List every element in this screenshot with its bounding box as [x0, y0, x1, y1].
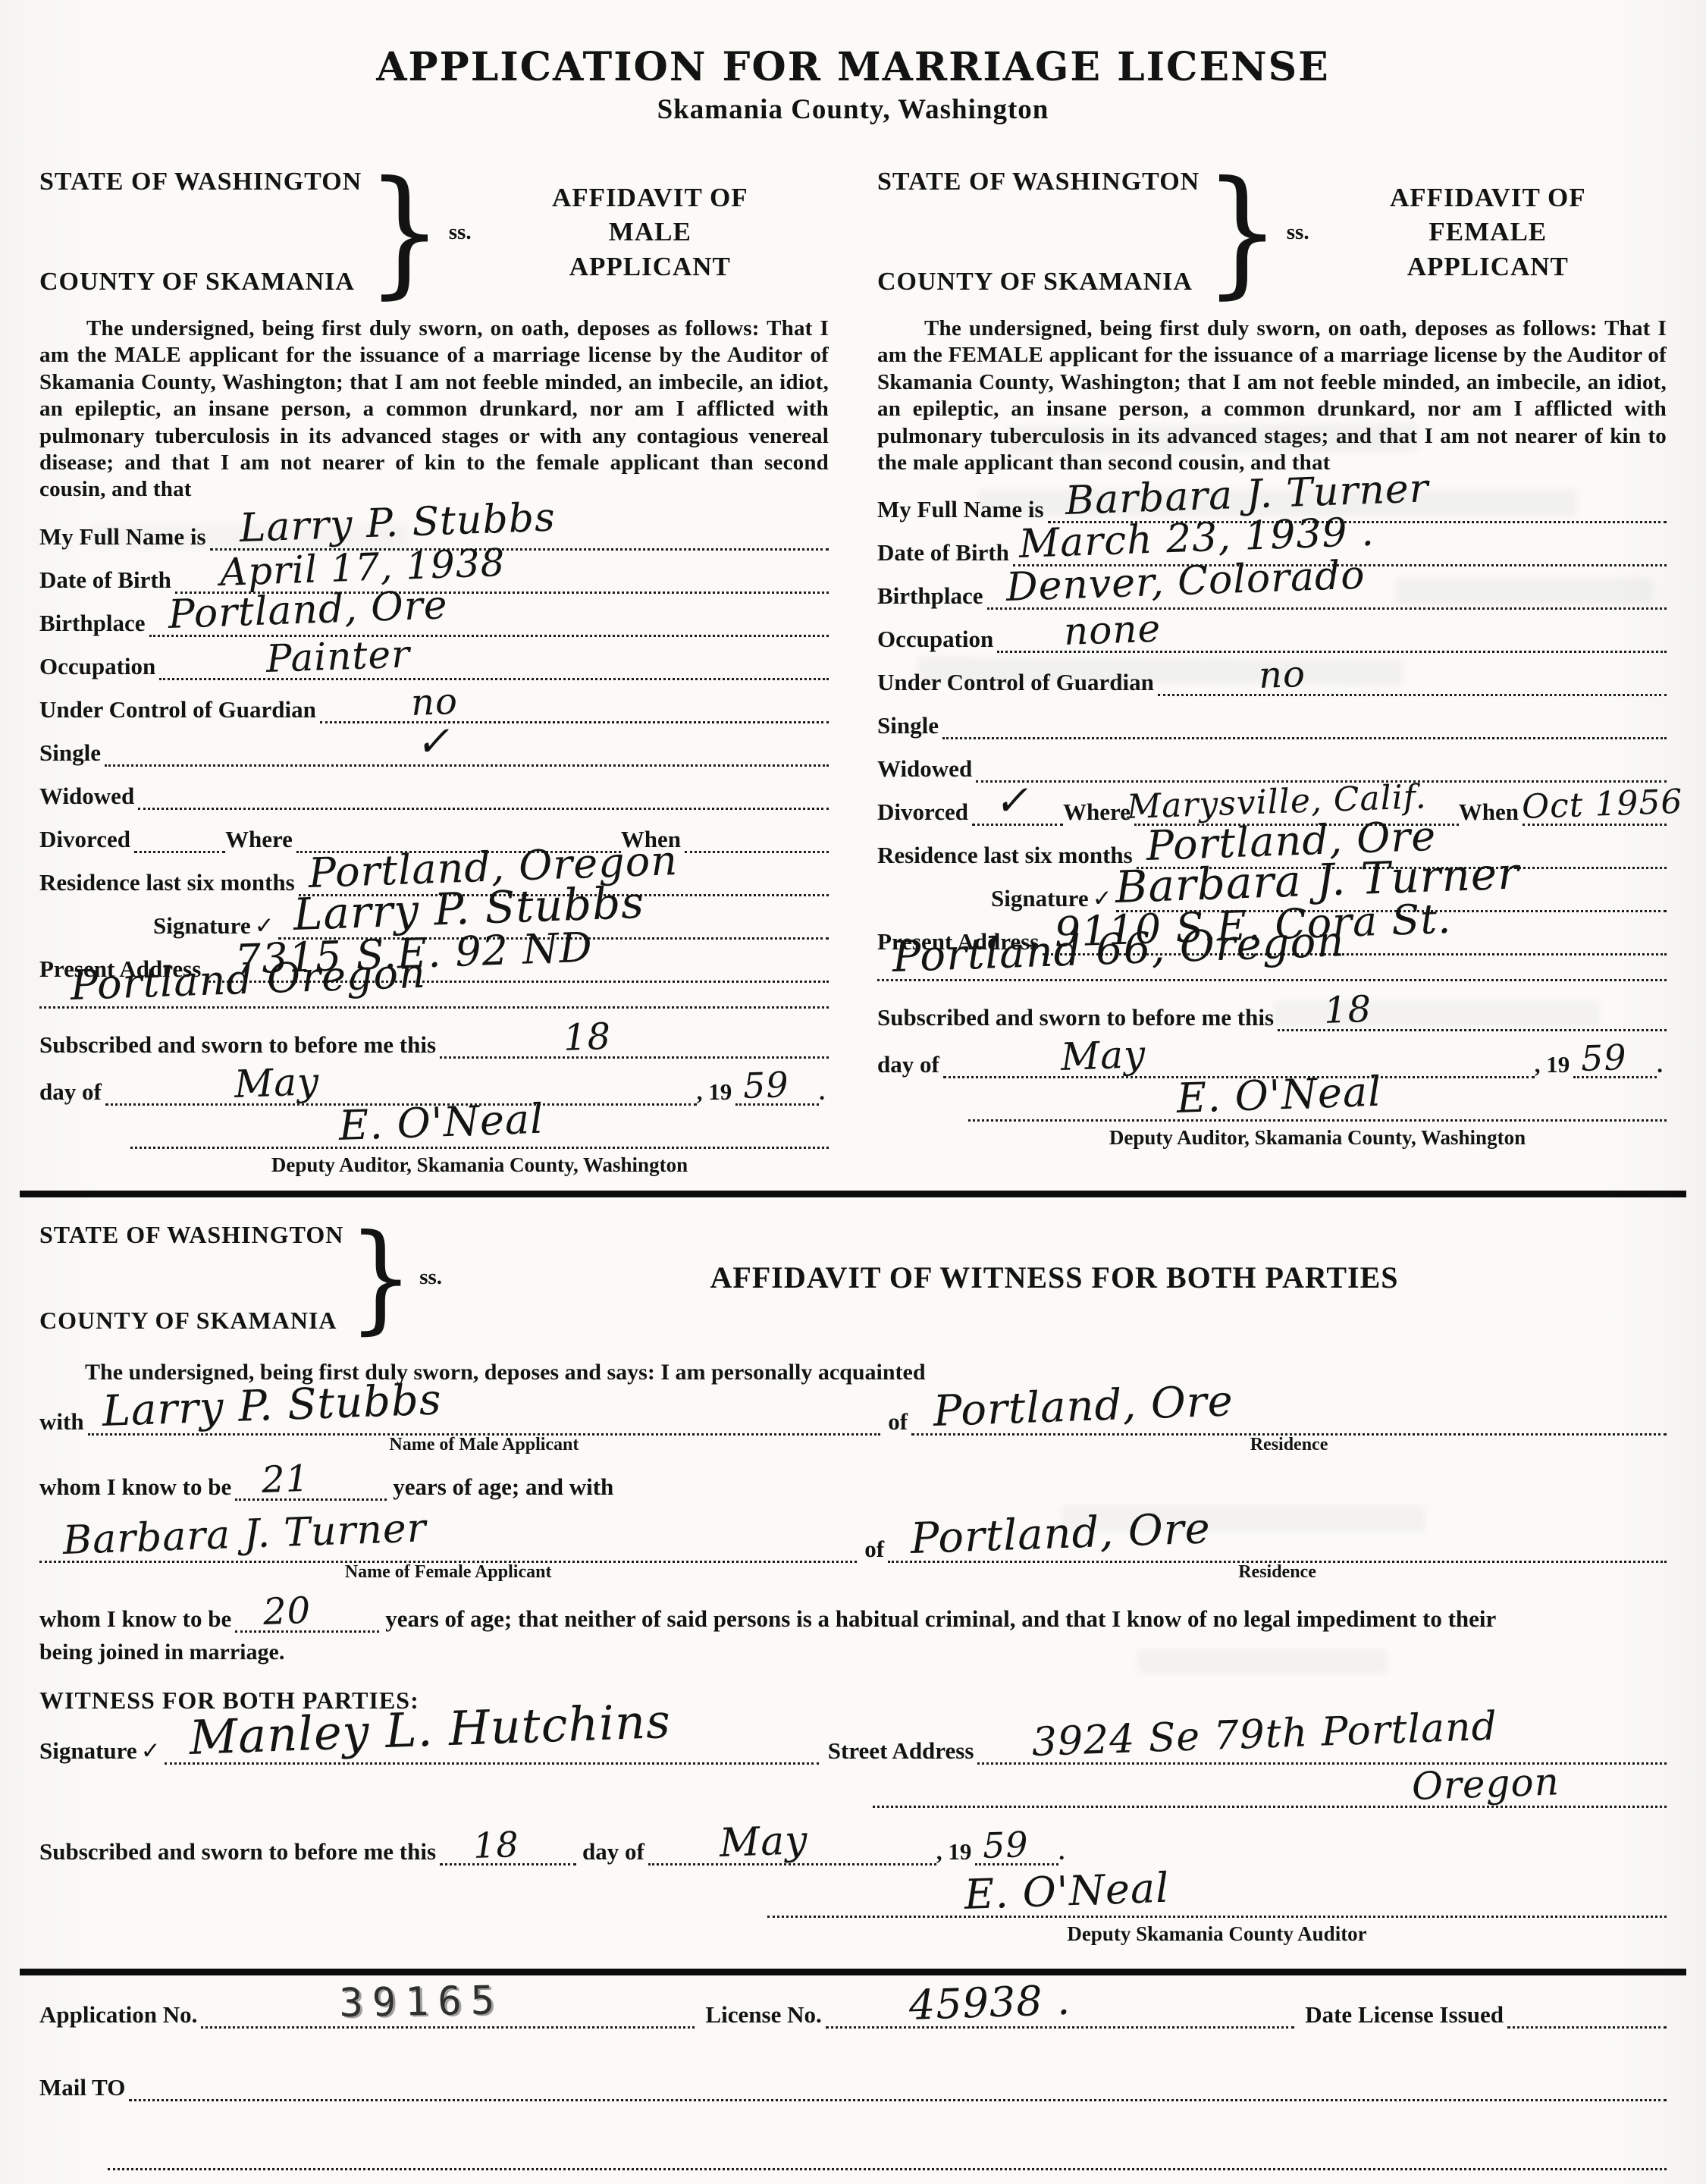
street-address-line2-value: Oregon: [1411, 1759, 1560, 1809]
birthplace-label: Birthplace: [877, 582, 987, 610]
year-prefix: , 19: [1535, 1051, 1574, 1078]
page-title: APPLICATION FOR MARRIAGE LICENSE: [0, 0, 1706, 90]
venue-ss: ss.: [449, 220, 472, 245]
auditor-signature: E. O'Neal: [964, 1863, 1171, 1918]
sworn-month-value: May: [719, 1818, 809, 1866]
witness-male-name-row: with Larry P. Stubbs Name of Male Applic…: [39, 1408, 1667, 1436]
venue-state: STATE OF WASHINGTON: [877, 168, 1200, 196]
address-line2-value: Portland 66, Oregon: [892, 917, 1346, 982]
age-prefix: whom I know to be: [39, 1605, 235, 1633]
where-label: Where: [1063, 799, 1134, 826]
application-no-label: Application No.: [39, 2001, 201, 2029]
signature-label: Signature: [39, 1737, 141, 1765]
witness-female-name: Barbara J. Turner: [62, 1505, 428, 1564]
sworn-year-value: 59: [1580, 1037, 1627, 1079]
age-suffix: years of age; and with: [387, 1473, 617, 1501]
divorced-label: Divorced: [39, 826, 134, 853]
divorced-checkmark: ✓: [993, 777, 1030, 826]
application-no-stamp: 39165: [339, 1978, 504, 2026]
male-single-row: Single ✓: [39, 739, 829, 767]
divorced-label: Divorced: [877, 799, 972, 826]
auditor-caption: Deputy Skamania County Auditor: [767, 1922, 1667, 1946]
male-oath-paragraph: The undersigned, being first duly sworn,…: [39, 315, 829, 504]
venue-ss: ss.: [419, 1265, 442, 1290]
male-birthplace-row: Birthplace Portland, Ore: [39, 610, 829, 637]
witness-address-line2-row: Oregon: [39, 1798, 1667, 1808]
venue-state: STATE OF WASHINGTON: [39, 1221, 343, 1249]
guardian-label: Under Control of Guardian: [39, 696, 320, 723]
male-affidavit-heading: AFFIDAVIT OF MALE APPLICANT: [472, 180, 829, 284]
venue-county: COUNTY OF SKAMANIA: [39, 1307, 343, 1335]
residence-caption: Residence: [888, 1562, 1667, 1583]
period: .: [1657, 1051, 1667, 1078]
occupation-value: none: [1063, 607, 1162, 654]
divorced-when-value: Oct 1956: [1521, 783, 1683, 827]
day-of-label: day of: [576, 1838, 648, 1865]
full-name-label: My Full Name is: [39, 523, 210, 551]
witness-male-residence: Portland, Ore: [933, 1376, 1234, 1436]
witness-female-age-row: whom I know to be 20 years of age; that …: [39, 1605, 1667, 1633]
guardian-label: Under Control of Guardian: [877, 669, 1158, 696]
with-label: with: [39, 1408, 88, 1436]
witness-female-name-row: Barbara J. Turner Name of Female Applica…: [39, 1536, 1667, 1563]
widowed-label: Widowed: [877, 755, 976, 783]
female-sworn-row: Subscribed and sworn to before me this 1…: [877, 1004, 1667, 1031]
page-subtitle: Skamania County, Washington: [0, 93, 1706, 126]
dob-label: Date of Birth: [39, 566, 175, 594]
mail-to-label: Mail TO: [39, 2074, 129, 2101]
auditor-signature: E. O'Neal: [1176, 1068, 1383, 1122]
birthplace-label: Birthplace: [39, 610, 149, 637]
scanned-marriage-license-application: APPLICATION FOR MARRIAGE LICENSE Skamani…: [0, 0, 1706, 2184]
occupation-value: Painter: [265, 632, 410, 681]
venue-brace: }: [1204, 163, 1281, 301]
full-name-label: My Full Name is: [877, 496, 1048, 523]
dob-label: Date of Birth: [877, 539, 1013, 566]
female-occupation-row: Occupation none: [877, 626, 1667, 653]
widowed-label: Widowed: [39, 783, 138, 810]
single-checkmark: ✓: [414, 717, 450, 766]
female-guardian-row: Under Control of Guardian no: [877, 669, 1667, 696]
age-prefix: whom I know to be: [39, 1473, 235, 1501]
occupation-label: Occupation: [39, 653, 159, 680]
license-no-label: License No.: [695, 2001, 825, 2029]
female-age-value: 20: [262, 1589, 312, 1633]
sworn-label: Subscribed and sworn to before me this: [877, 1004, 1278, 1031]
sworn-day-value: 18: [1323, 988, 1372, 1032]
license-record-section: Application No. 39165 License No. 45938 …: [0, 2001, 1706, 2170]
auditor-signature: E. O'Neal: [338, 1094, 545, 1149]
where-label: Where: [225, 826, 296, 853]
sworn-day-value: 18: [472, 1824, 519, 1866]
occupation-label: Occupation: [877, 626, 997, 653]
venue-brace: }: [366, 163, 443, 301]
section-divider: [20, 1969, 1686, 1975]
witness-male-age-row: whom I know to be 21 years of age; and w…: [39, 1473, 1667, 1501]
male-address-line2-row: Portland Oregon: [39, 999, 829, 1009]
application-number-row: Application No. 39165 License No. 45938 …: [39, 2001, 1667, 2029]
auditor-caption: Deputy Auditor, Skamania County, Washing…: [968, 1126, 1667, 1150]
female-affidavit-heading: AFFIDAVIT OF FEMALE APPLICANT: [1309, 180, 1667, 284]
female-venue-block: STATE OF WASHINGTON COUNTY OF SKAMANIA }…: [877, 161, 1667, 303]
male-auditor-signature-block: E. O'Neal Deputy Auditor, Skamania Count…: [130, 1139, 829, 1177]
female-oath-paragraph: The undersigned, being first duly sworn,…: [877, 315, 1667, 476]
blank-line-row: [108, 2160, 1667, 2170]
applicant-affidavits: STATE OF WASHINGTON COUNTY OF SKAMANIA }…: [0, 126, 1706, 1177]
sworn-day-value: 18: [563, 1015, 612, 1059]
day-of-label: day of: [877, 1051, 943, 1078]
guardian-value: no: [1258, 653, 1306, 697]
residence-caption: Residence: [911, 1435, 1667, 1455]
day-of-label: day of: [39, 1078, 105, 1106]
female-name-caption: Name of Female Applicant: [39, 1562, 857, 1583]
street-address-label: Street Address: [819, 1737, 978, 1765]
venue-ss: ss.: [1287, 220, 1309, 245]
witness-venue-block: STATE OF WASHINGTON COUNTY OF SKAMANIA }…: [39, 1217, 442, 1338]
female-address-line2-row: Portland 66, Oregon: [877, 971, 1667, 981]
venue-brace: }: [348, 1219, 413, 1336]
section-divider: [20, 1191, 1686, 1197]
venue-county: COUNTY OF SKAMANIA: [39, 268, 362, 297]
male-age-value: 21: [261, 1457, 310, 1501]
male-sworn-row: Subscribed and sworn to before me this 1…: [39, 1031, 829, 1059]
witness-sworn-row: Subscribed and sworn to before me this 1…: [39, 1838, 1667, 1865]
mail-to-row: Mail TO: [39, 2074, 1667, 2101]
female-single-row: Single: [877, 712, 1667, 739]
sworn-year-value: 59: [742, 1064, 789, 1106]
period: .: [819, 1078, 829, 1106]
witness-female-residence: Portland, Ore: [910, 1504, 1212, 1564]
witness-signature-row: Signature ✓ Manley L. Hutchins Street Ad…: [39, 1737, 1667, 1765]
female-affidavit-section: STATE OF WASHINGTON COUNTY OF SKAMANIA }…: [877, 161, 1667, 1177]
age-suffix: years of age; that neither of said perso…: [379, 1605, 1500, 1633]
license-no-value: 45938 .: [908, 1975, 1071, 2029]
witness-age-continuation: being joined in marriage.: [39, 1637, 1667, 1667]
signature-tick: ✓: [141, 1737, 165, 1765]
of-label: of: [880, 1408, 911, 1436]
birthplace-value: Portland, Ore: [168, 582, 449, 638]
date-issued-label: Date License Issued: [1294, 2001, 1507, 2029]
year-prefix: , 19: [936, 1838, 976, 1865]
sworn-month-value: May: [234, 1059, 320, 1106]
residence-label: Residence last six months: [39, 869, 299, 896]
sworn-month-value: May: [1060, 1032, 1146, 1079]
male-venue-block: STATE OF WASHINGTON COUNTY OF SKAMANIA }…: [39, 161, 829, 303]
witness-heading: AFFIDAVIT OF WITNESS FOR BOTH PARTIES: [442, 1260, 1667, 1295]
of-label: of: [857, 1536, 888, 1563]
female-birthplace-row: Birthplace Denver, Colorado: [877, 582, 1667, 610]
sworn-label: Subscribed and sworn to before me this: [39, 1838, 440, 1865]
male-occupation-row: Occupation Painter: [39, 653, 829, 680]
witness-auditor-signature-block: E. O'Neal Deputy Skamania County Auditor: [767, 1908, 1667, 1946]
venue-county: COUNTY OF SKAMANIA: [877, 268, 1200, 297]
witness-affidavit-section: STATE OF WASHINGTON COUNTY OF SKAMANIA }…: [0, 1217, 1706, 1946]
auditor-caption: Deputy Auditor, Skamania County, Washing…: [130, 1153, 829, 1177]
male-widowed-row: Widowed: [39, 783, 829, 810]
venue-state: STATE OF WASHINGTON: [39, 168, 362, 196]
when-label: When: [1459, 799, 1523, 826]
single-label: Single: [877, 712, 942, 739]
sworn-label: Subscribed and sworn to before me this: [39, 1031, 440, 1059]
sworn-year-value: 59: [982, 1824, 1029, 1866]
female-auditor-signature-block: E. O'Neal Deputy Auditor, Skamania Count…: [968, 1112, 1667, 1150]
period: .: [1058, 1838, 1068, 1865]
male-affidavit-section: STATE OF WASHINGTON COUNTY OF SKAMANIA }…: [39, 161, 829, 1177]
male-name-caption: Name of Male Applicant: [88, 1435, 881, 1455]
year-prefix: , 19: [697, 1078, 736, 1106]
single-label: Single: [39, 739, 105, 767]
residence-label: Residence last six months: [877, 842, 1137, 869]
